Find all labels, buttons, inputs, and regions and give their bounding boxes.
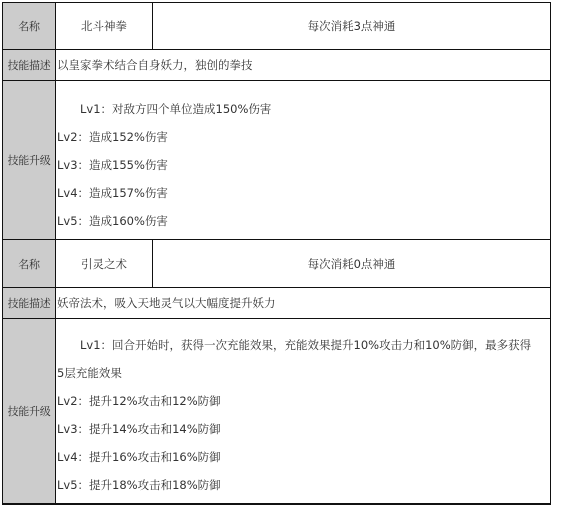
level-line: Lv3：造成155%伤害	[56, 151, 550, 179]
skill-name: 北斗神拳	[56, 3, 153, 50]
name-label: 名称	[3, 3, 56, 50]
skill-1-name-row: 名称 北斗神拳 每次消耗3点神通	[3, 3, 551, 50]
table-bottom-border	[2, 503, 551, 505]
skill-cost: 每次消耗3点神通	[153, 3, 551, 50]
level-line: Lv2：造成152%伤害	[56, 123, 550, 151]
level-line: Lv4：提升16%攻击和16%防御	[56, 443, 550, 471]
upgrade-label: 技能升级	[3, 319, 56, 504]
skill-2-desc-row: 技能描述 妖帝法术，吸入天地灵气以大幅度提升妖力	[3, 288, 551, 319]
level-line: Lv3：提升14%攻击和14%防御	[56, 415, 550, 443]
level-line: Lv1：对敌方四个单位造成150%伤害	[56, 95, 550, 123]
upgrade-levels: Lv1：回合开始时，获得一次充能效果，充能效果提升10%攻击力和10%防御，最多…	[56, 319, 551, 504]
skill-cost: 每次消耗0点神通	[153, 240, 551, 288]
skill-1-desc-row: 技能描述 以皇家拳术结合自身妖力，独创的拳技	[3, 50, 551, 81]
level-line: Lv5：提升18%攻击和18%防御	[56, 471, 550, 499]
level-line: Lv2：提升12%攻击和12%防御	[56, 387, 550, 415]
desc-label: 技能描述	[3, 288, 56, 319]
skill-2-name-row: 名称 引灵之术 每次消耗0点神通	[3, 240, 551, 288]
level-line: Lv1：回合开始时，获得一次充能效果，充能效果提升10%攻击力和10%防御，最多…	[56, 331, 550, 359]
upgrade-label: 技能升级	[3, 81, 56, 240]
skill-description: 以皇家拳术结合自身妖力，独创的拳技	[56, 50, 551, 81]
level-line: Lv4：造成157%伤害	[56, 179, 550, 207]
desc-label: 技能描述	[3, 50, 56, 81]
skill-1-upgrade-row: 技能升级 Lv1：对敌方四个单位造成150%伤害 Lv2：造成152%伤害 Lv…	[3, 81, 551, 240]
level-line: 5层充能效果	[56, 359, 550, 387]
skill-table: 名称 北斗神拳 每次消耗3点神通 技能描述 以皇家拳术结合自身妖力，独创的拳技 …	[2, 2, 551, 504]
upgrade-levels: Lv1：对敌方四个单位造成150%伤害 Lv2：造成152%伤害 Lv3：造成1…	[56, 81, 551, 240]
skill-name: 引灵之术	[56, 240, 153, 288]
skill-2-upgrade-row: 技能升级 Lv1：回合开始时，获得一次充能效果，充能效果提升10%攻击力和10%…	[3, 319, 551, 504]
name-label: 名称	[3, 240, 56, 288]
skill-description: 妖帝法术，吸入天地灵气以大幅度提升妖力	[56, 288, 551, 319]
level-line: Lv5：造成160%伤害	[56, 207, 550, 235]
